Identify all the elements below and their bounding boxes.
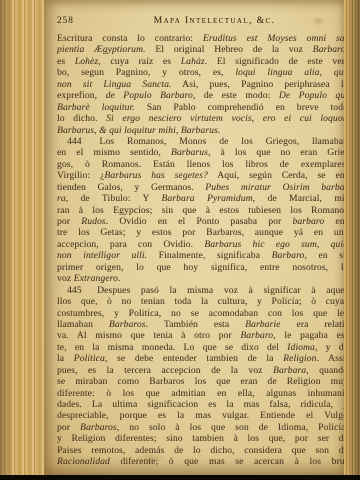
text-line: lo dicho. Si ergo nesciero virtutem voci… [57,113,348,124]
text-line: va. Al mismo que tenia à otro por Barbar… [57,330,348,341]
text-line: tre los Getas; y estos por Barbaros, aun… [57,227,348,238]
text-line: gos, ò Romanos. Están llenos los libros … [57,159,348,170]
text-line: 445 Despues pasó la misma voz à signific… [57,285,348,296]
text-line: dades. La ultima significacion es la mas… [57,399,348,410]
text-line: Paises remotos, además de lo dicho, cons… [57,445,348,456]
text-line: exprefion, de Populo Barbaro, de este mo… [57,90,348,101]
page-header: 258 Mapa Intelectual, &c. [57,13,348,28]
text-line: Escritura consta lo contrario: Eruditus … [57,33,348,44]
text-line: tienden Galos, y Germanos. Pubes miratur… [57,182,348,193]
text-line: es Lohèz, cuya raíz es Lahàz. El signifi… [57,56,348,67]
text-line: 444 Los Romanos, Monos de los Griegos, l… [57,136,348,147]
text-line: Barbarè loquitur. San Pablo comprehendió… [57,102,348,113]
text-line: la Política, se debe entender tambien de… [57,353,348,364]
book-scan-photo: 258 Mapa Intelectual, &c. Escritura cons… [0,0,360,480]
text-line: y Religion diferentes; sino tambien à lo… [57,433,348,444]
text-line: despreciable, porque es la mas vulgar. E… [57,410,348,421]
running-title: Mapa Intelectual, &c. [115,14,348,28]
text-line: llos que, ò no tenian toda la cultura, y… [57,296,348,307]
text-line: voz Extrangero. [57,273,348,284]
text-line: Barbarus, & qui loquitur mihi, Barbarus. [57,125,348,136]
text-line: llamaban Barbaros. También esta Barbarie… [57,319,348,330]
text-line: Virgilio: ¿Barbarus has segetes? Aquí, s… [57,170,348,181]
text-line: ran à los Egypcios; sin que à estos tubi… [57,205,348,216]
text-line: en el mismo sentido, Barbarus, à los que… [57,147,348,158]
body-text: Escritura consta lo contrario: Eruditus … [57,33,348,468]
text-line: se miraban como Barbaros los que eran de… [57,376,348,387]
text-line: primer origen, lo que hoy significa, ent… [57,262,348,273]
text-line: non intelligor ulli. Finalmente, signifi… [57,250,348,261]
text-line: bo, segun Pagnino, y otros, es, loqui li… [57,67,348,78]
text-line: por Barbaros, no solo à los que son de I… [57,422,348,433]
right-page-edges [344,0,360,475]
text-line: te, en la misma moneda. Lo que se dixo d… [57,342,348,353]
text-line: por Rudos. Ovidio en el Ponto pasaba por… [57,216,348,227]
text-line: pues, es la tercera accepcion de la voz … [57,365,348,376]
left-page-edges [0,0,50,475]
text-line: pientia Ægyptiorum. El original Hebreo d… [57,44,348,55]
text-line: ra, de Tibulo: Y Barbara Pyramidum, de M… [57,193,348,204]
text-block: 258 Mapa Intelectual, &c. Escritura cons… [57,13,348,468]
text-line: Racionalidad diferente; ò que mas se ace… [57,456,348,467]
text-line: accepcion, para con Ovidio. Barbarus hic… [57,239,348,250]
text-line: diferente: ò los que admitian en ella, a… [57,388,348,399]
page-number: 258 [57,13,115,27]
text-line: non sit Lingua Sancta. Asi, pues, Pagnin… [57,79,348,90]
text-line: costumbres, y Politica, no se acomodaban… [57,308,348,319]
